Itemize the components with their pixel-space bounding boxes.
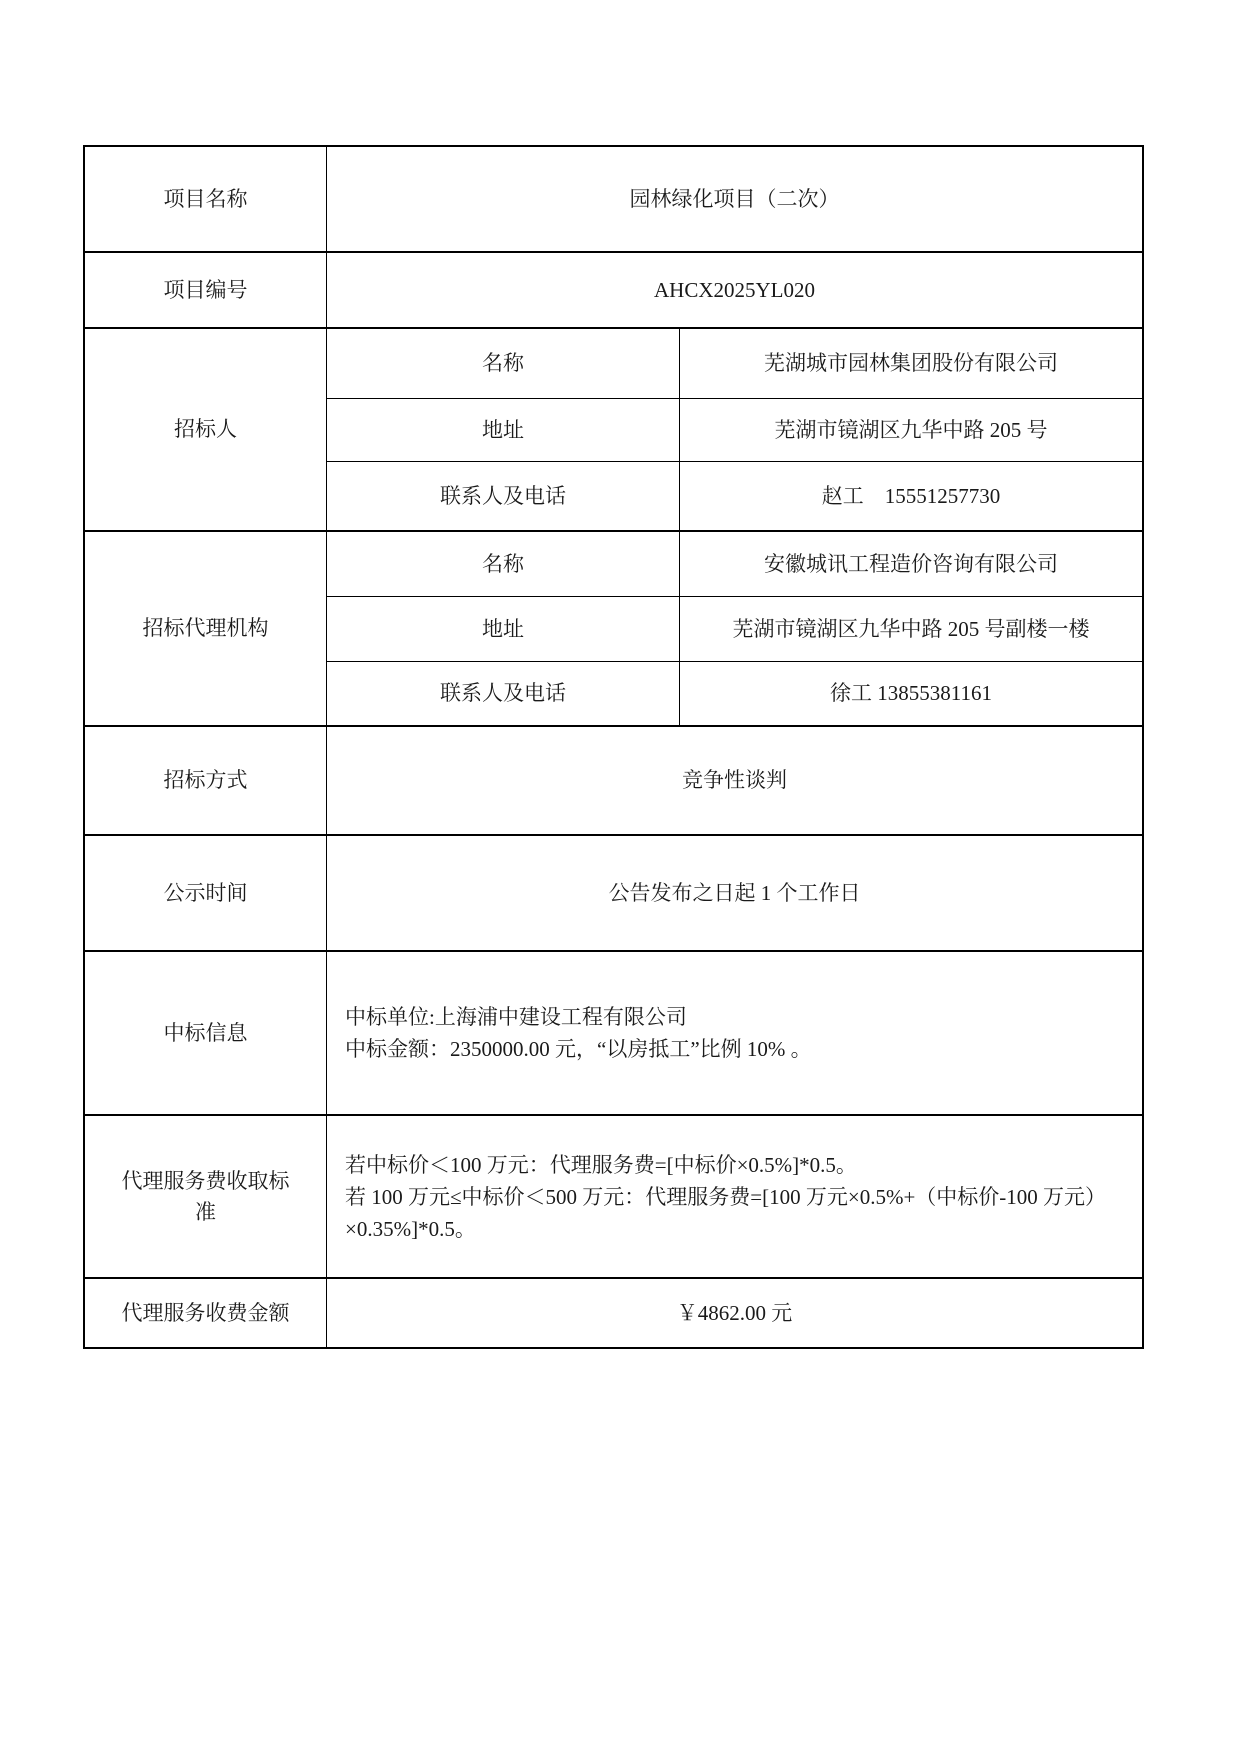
row-agency-group: 招标代理机构 名称 安徽城讯工程造价咨询有限公司 地址 芜湖市镜湖区九华中路 2… bbox=[85, 530, 1142, 725]
tender-method-value: 竞争性谈判 bbox=[326, 727, 1142, 834]
subrow-label: 名称 bbox=[327, 329, 679, 398]
row-label: 公示时间 bbox=[85, 836, 326, 950]
tenderer-contact-row: 联系人及电话 赵工 15551257730 bbox=[327, 461, 1142, 530]
subrow-label: 联系人及电话 bbox=[327, 662, 679, 725]
subrow-label: 联系人及电话 bbox=[327, 462, 679, 530]
project-name-value: 园林绿化项目（二次） bbox=[326, 147, 1142, 251]
row-tender-method: 招标方式 竞争性谈判 bbox=[85, 725, 1142, 834]
tenderer-subrows: 名称 芜湖城市园林集团股份有限公司 地址 芜湖市镜湖区九华中路 205 号 联系… bbox=[326, 329, 1142, 530]
subrow-label: 名称 bbox=[327, 532, 679, 596]
agency-address-value: 芜湖市镜湖区九华中路 205 号副楼一楼 bbox=[679, 597, 1142, 660]
document-page: 项目名称 园林绿化项目（二次） 项目编号 AHCX2025YL020 招标人 名… bbox=[0, 0, 1239, 1754]
award-amount-line: 中标金额：2350000.00 元，“以房抵工”比例 10% 。 bbox=[345, 1033, 812, 1065]
agency-address-row: 地址 芜湖市镜湖区九华中路 205 号副楼一楼 bbox=[327, 596, 1142, 660]
project-number-value: AHCX2025YL020 bbox=[326, 253, 1142, 327]
agency-name-row: 名称 安徽城讯工程造价咨询有限公司 bbox=[327, 532, 1142, 596]
tenderer-name-row: 名称 芜湖城市园林集团股份有限公司 bbox=[327, 329, 1142, 398]
agency-contact-row: 联系人及电话 徐工 13855381161 bbox=[327, 661, 1142, 725]
tenderer-address-row: 地址 芜湖市镜湖区九华中路 205 号 bbox=[327, 398, 1142, 460]
subrow-label: 地址 bbox=[327, 399, 679, 460]
agency-name-value: 安徽城讯工程造价咨询有限公司 bbox=[679, 532, 1142, 596]
row-label: 中标信息 bbox=[85, 952, 326, 1114]
row-label: 招标代理机构 bbox=[85, 532, 326, 725]
row-project-name: 项目名称 园林绿化项目（二次） bbox=[85, 147, 1142, 251]
fee-rule-line-2: 若 100 万元≤中标价＜500 万元：代理服务费=[100 万元×0.5%+（… bbox=[345, 1181, 1120, 1245]
award-winner-line: 中标单位:上海浦中建设工程有限公司 bbox=[345, 1001, 687, 1033]
agency-subrows: 名称 安徽城讯工程造价咨询有限公司 地址 芜湖市镜湖区九华中路 205 号副楼一… bbox=[326, 532, 1142, 725]
tenderer-contact-value: 赵工 15551257730 bbox=[679, 462, 1142, 530]
agency-fee-standard-value: 若中标价＜100 万元：代理服务费=[中标价×0.5%]*0.5。 若 100 … bbox=[326, 1116, 1142, 1277]
row-publicity-period: 公示时间 公告发布之日起 1 个工作日 bbox=[85, 834, 1142, 950]
tenderer-address-value: 芜湖市镜湖区九华中路 205 号 bbox=[679, 399, 1142, 460]
tender-result-table: 项目名称 园林绿化项目（二次） 项目编号 AHCX2025YL020 招标人 名… bbox=[83, 145, 1144, 1349]
publicity-period-value: 公告发布之日起 1 个工作日 bbox=[326, 836, 1142, 950]
row-label: 代理服务收费金额 bbox=[85, 1279, 326, 1347]
agency-contact-value: 徐工 13855381161 bbox=[679, 662, 1142, 725]
row-label: 招标方式 bbox=[85, 727, 326, 834]
row-label: 招标人 bbox=[85, 329, 326, 530]
tenderer-name-value: 芜湖城市园林集团股份有限公司 bbox=[679, 329, 1142, 398]
row-project-number: 项目编号 AHCX2025YL020 bbox=[85, 251, 1142, 327]
row-label: 项目编号 bbox=[85, 253, 326, 327]
row-award-info: 中标信息 中标单位:上海浦中建设工程有限公司 中标金额：2350000.00 元… bbox=[85, 950, 1142, 1114]
row-label: 代理服务费收取标准 bbox=[85, 1116, 326, 1277]
row-tenderer-group: 招标人 名称 芜湖城市园林集团股份有限公司 地址 芜湖市镜湖区九华中路 205 … bbox=[85, 327, 1142, 530]
row-agency-fee-standard: 代理服务费收取标准 若中标价＜100 万元：代理服务费=[中标价×0.5%]*0… bbox=[85, 1114, 1142, 1277]
agency-fee-amount-value: ￥4862.00 元 bbox=[326, 1279, 1142, 1347]
row-label: 项目名称 bbox=[85, 147, 326, 251]
subrow-label: 地址 bbox=[327, 597, 679, 660]
row-agency-fee-amount: 代理服务收费金额 ￥4862.00 元 bbox=[85, 1277, 1142, 1347]
fee-rule-line-1: 若中标价＜100 万元：代理服务费=[中标价×0.5%]*0.5。 bbox=[345, 1149, 857, 1181]
award-info-value: 中标单位:上海浦中建设工程有限公司 中标金额：2350000.00 元，“以房抵… bbox=[326, 952, 1142, 1114]
